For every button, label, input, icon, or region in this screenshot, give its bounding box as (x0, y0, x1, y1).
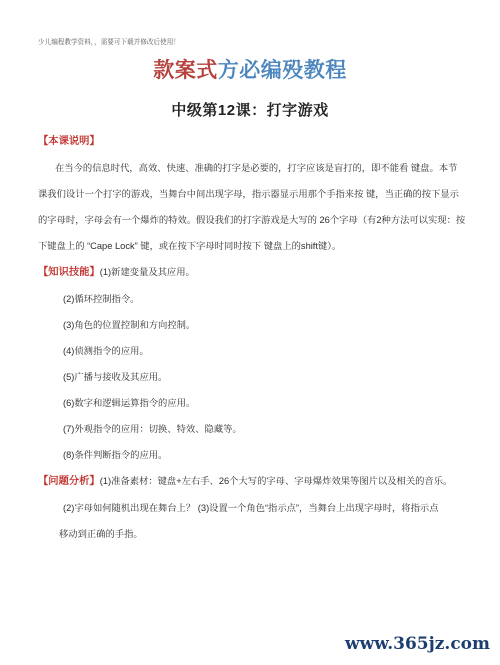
doc-title: 款案式方必编殁教程 (0, 54, 500, 84)
content-line: (5)广播与接收及其应用。 (63, 364, 480, 390)
content-line: 移动到正确的手指。 (59, 521, 480, 547)
doc-title-blue-part: 方必编殁教程 (218, 57, 347, 82)
content-line: 在当今的信息时代，高效、快速、准确的打字是必要的，打字应该是盲打的，即不能看 键… (55, 155, 480, 181)
content-text: 下键盘上的 “Cape Lock” 键，或在按下字母时同时按下 键盘上的shif… (38, 241, 341, 251)
content-line: 的字母时，字母会有一个爆炸的特效。假设我们的打字游戏是大写的 26个字母（有2种… (38, 207, 480, 233)
footer-url-link[interactable]: www.365jz.com (345, 634, 490, 654)
content-text: (2)字母如何随机出现在舞台上？ (3)设置一个角色“指示点”，当舞台上出现字母… (63, 503, 439, 513)
section-heading: 【问题分析】 (38, 476, 100, 487)
content-text: (1)准备素材：键盘+左右手、26个大写的字母、字母爆炸效果等图片以及相关的音乐… (100, 476, 453, 486)
content-text: (4)侦测指令的应用。 (63, 346, 149, 356)
content-line: (7)外观指令的应用：切换、特效、隐藏等。 (63, 416, 480, 442)
content-text: (1)新建变量及其应用。 (100, 267, 195, 277)
content-line: 课我们设计一个打字的游戏，当舞台中间出现字母，指示器显示用那个手指来按 键，当正… (38, 181, 480, 207)
lesson-subtitle: 中级第12课：打字游戏 (0, 99, 500, 120)
content-text: 课我们设计一个打字的游戏，当舞台中间出现字母，指示器显示用那个手指来按 键，当正… (38, 189, 459, 199)
content-line: (4)侦测指令的应用。 (63, 338, 480, 364)
content-line: (2)字母如何随机出现在舞台上？ (3)设置一个角色“指示点”，当舞台上出现字母… (63, 495, 480, 521)
lesson-content: 【本课说明】在当今的信息时代，高效、快速、准确的打字是必要的，打字应该是盲打的，… (38, 128, 480, 547)
content-text: (7)外观指令的应用：切换、特效、隐藏等。 (63, 424, 242, 434)
doc-title-red-part: 款案式 (153, 57, 218, 82)
content-text: 的字母时，字母会有一个爆炸的特效。假设我们的打字游戏是大写的 26个字母（有2种… (38, 215, 465, 225)
content-text: 在当今的信息时代，高效、快速、准确的打字是必要的，打字应该是盲打的，即不能看 键… (55, 163, 457, 173)
content-text: (3)角色的位置控制和方向控制。 (63, 320, 195, 330)
content-text: (8)条件判断指令的应用。 (63, 450, 167, 460)
content-line: (8)条件判断指令的应用。 (63, 442, 480, 468)
content-line: (2)循环控制指令。 (63, 286, 480, 312)
content-text: (5)广播与接收及其应用。 (63, 372, 167, 382)
content-line: 【问题分析】(1)准备素材：键盘+左右手、26个大写的字母、字母爆炸效果等图片以… (38, 468, 480, 495)
content-line: 【知识技能】(1)新建变量及其应用。 (38, 259, 480, 286)
document-page: 少儿编程教学资料，，需要可下载并修改后使用！ 款案式方必编殁教程 中级第12课：… (0, 0, 500, 665)
content-line: (3)角色的位置控制和方向控制。 (63, 312, 480, 338)
content-line: (6)数字和逻辑运算指令的应用。 (63, 390, 480, 416)
section-heading: 【本课说明】 (38, 136, 100, 147)
header-note: 少儿编程教学资料，，需要可下载并修改后使用！ (38, 36, 180, 46)
content-line: 【本课说明】 (38, 128, 480, 155)
content-text: (6)数字和逻辑运算指令的应用。 (63, 398, 195, 408)
content-text: 移动到正确的手指。 (59, 529, 143, 539)
content-text: (2)循环控制指令。 (63, 294, 139, 304)
section-heading: 【知识技能】 (38, 267, 100, 278)
content-line: 下键盘上的 “Cape Lock” 键，或在按下字母时同时按下 键盘上的shif… (38, 233, 480, 259)
